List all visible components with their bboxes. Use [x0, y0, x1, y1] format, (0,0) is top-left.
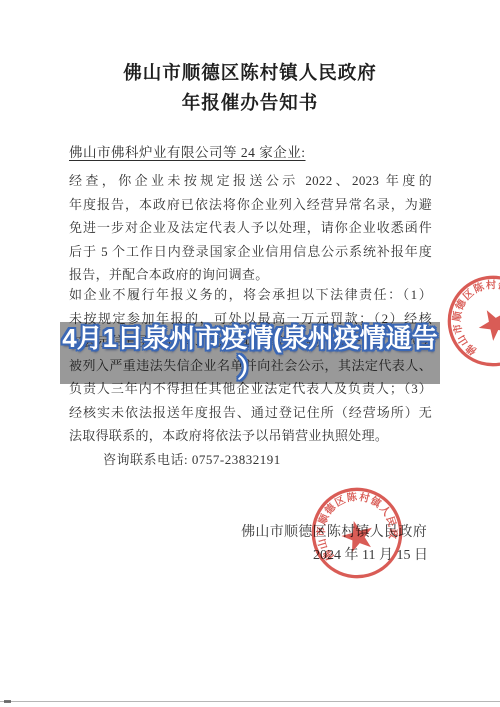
- banner-headline-line2: ）: [237, 353, 263, 383]
- body-line: 免进一步对企业及法定代表人予以处理，请你企业收悉函件: [69, 216, 432, 240]
- body-line: 如企业不履行年报义务的，将会承担以下法律责任：（1）: [69, 283, 432, 307]
- body-line: 经查，你企业未按规定报送公示 2022、2023 年度的: [69, 169, 432, 193]
- scan-artifact-speck: [4, 700, 11, 703]
- document-title-line1: 佛山市顺德区陈村镇人民政府: [0, 62, 500, 86]
- seal-star-icon: [473, 302, 500, 344]
- contact-phone-line: 咨询联系电话: 0757-23832191: [103, 448, 281, 472]
- banner-headline-line1: 4月1日泉州市疫情(泉州疫情通告: [62, 323, 438, 353]
- scan-page-bottom-edge: [0, 701, 500, 702]
- body-line: 法取得联系的，本政府将依法予以吊销营业执照处理。: [69, 424, 432, 448]
- scanned-document-page: 佛山市顺德区陈村镇人民政府 年报催办告知书 佛山市佛科炉业有限公司等 24 家企…: [0, 0, 500, 707]
- paragraph-1: 经查，你企业未按规定报送公示 2022、2023 年度的年度报告，本政府已依法将…: [69, 169, 432, 287]
- seal-star-icon: [339, 517, 377, 554]
- addressee-line: 佛山市佛科炉业有限公司等 24 家企业:: [69, 141, 306, 164]
- body-line: 年度报告，本政府已依法将你企业列入经营异常名录，为避: [69, 193, 432, 217]
- document-title-line2: 年报催办告知书: [0, 92, 500, 116]
- overlay-banner: 4月1日泉州市疫情(泉州疫情通告 ）: [60, 322, 440, 384]
- body-line: 经核实未依法报送年度报告、通过登记住所（经营场所）无: [69, 401, 432, 425]
- body-line: 后于 5 个工作日内登录国家企业信用信息公示系统补报年度: [69, 240, 432, 264]
- official-seal-bottom: 佛山市顺德区陈村镇人民政府: [298, 474, 416, 592]
